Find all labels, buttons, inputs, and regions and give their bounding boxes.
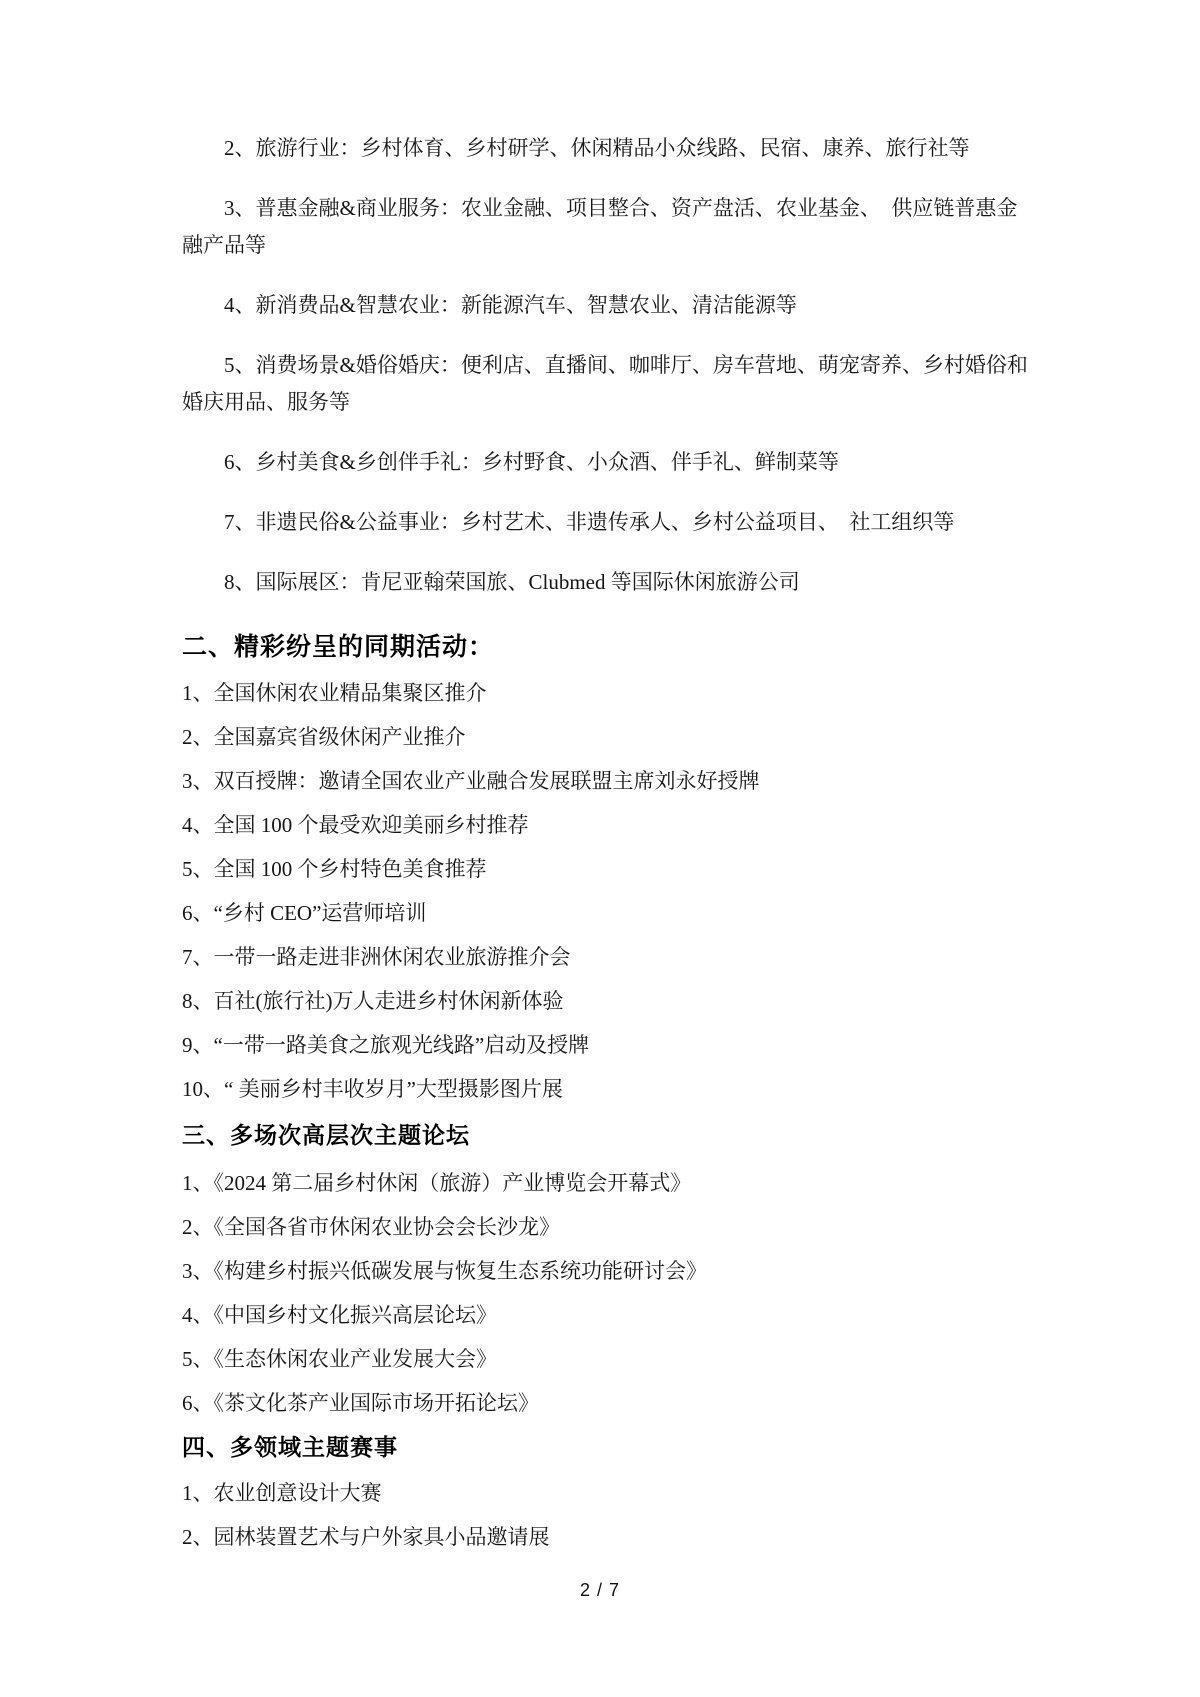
paragraph-line: 3、普惠金融&商业服务：农业金融、项目整合、资产盘活、农业基金、 供应链普惠金 xyxy=(182,190,1085,227)
paragraph: 5、消费场景&婚俗婚庆：便利店、直播间、咖啡厅、房车营地、萌宠寄养、乡村婚俗和 … xyxy=(182,347,1085,421)
list-item: 2、全国嘉宾省级休闲产业推介 xyxy=(182,715,1085,759)
activities-list: 1、全国休闲农业精品集聚区推介 2、全国嘉宾省级休闲产业推介 3、双百授牌：邀请… xyxy=(182,671,1085,1111)
list-item: 3、双百授牌：邀请全国农业产业融合发展联盟主席刘永好授牌 xyxy=(182,759,1085,803)
paragraph: 4、新消费品&智慧农业：新能源汽车、智慧农业、清洁能源等 xyxy=(182,287,1085,324)
document-content: 2、旅游行业：乡村体育、乡村研学、休闲精品小众线路、民宿、康养、旅行社等 3、普… xyxy=(0,0,1200,1559)
contests-list: 1、农业创意设计大赛 2、园林装置艺术与户外家具小品邀请展 xyxy=(182,1471,1085,1559)
list-item: 10、“ 美丽乡村丰收岁月”大型摄影图片展 xyxy=(182,1067,1085,1111)
list-item: 3、《构建乡村振兴低碳发展与恢复生态系统功能研讨会》 xyxy=(182,1249,1085,1293)
list-item: 2、《全国各省市休闲农业协会会长沙龙》 xyxy=(182,1205,1085,1249)
paragraph: 8、国际展区：肯尼亚翰荣国旅、Clubmed 等国际休闲旅游公司 xyxy=(182,564,1085,601)
paragraph-line: 7、非遗民俗&公益事业：乡村艺术、非遗传承人、乡村公益项目、 社工组织等 xyxy=(182,504,1085,541)
list-item: 5、《生态休闲农业产业发展大会》 xyxy=(182,1337,1085,1381)
list-item: 9、“一带一路美食之旅观光线路”启动及授牌 xyxy=(182,1023,1085,1067)
paragraph-line: 5、消费场景&婚俗婚庆：便利店、直播间、咖啡厅、房车营地、萌宠寄养、乡村婚俗和 xyxy=(182,347,1085,384)
paragraph-line: 婚庆用品、服务等 xyxy=(182,384,1085,421)
list-item: 4、《中国乡村文化振兴高层论坛》 xyxy=(182,1293,1085,1337)
section-heading-forums: 三、多场次高层次主题论坛 xyxy=(182,1113,1085,1157)
list-item: 2、园林装置艺术与户外家具小品邀请展 xyxy=(182,1515,1085,1559)
list-item: 6、“乡村 CEO”运营师培训 xyxy=(182,891,1085,935)
list-item: 8、百社(旅行社)万人走进乡村休闲新体验 xyxy=(182,979,1085,1023)
paragraph-line: 融产品等 xyxy=(182,227,1085,264)
list-item: 1、农业创意设计大赛 xyxy=(182,1471,1085,1515)
list-item: 1、全国休闲农业精品集聚区推介 xyxy=(182,671,1085,715)
paragraph: 3、普惠金融&商业服务：农业金融、项目整合、资产盘活、农业基金、 供应链普惠金 … xyxy=(182,190,1085,264)
paragraph: 7、非遗民俗&公益事业：乡村艺术、非遗传承人、乡村公益项目、 社工组织等 xyxy=(182,504,1085,541)
list-item: 1、《2024 第二届乡村休闲（旅游）产业博览会开幕式》 xyxy=(182,1161,1085,1205)
list-item: 4、全国 100 个最受欢迎美丽乡村推荐 xyxy=(182,803,1085,847)
paragraph-line: 2、旅游行业：乡村体育、乡村研学、休闲精品小众线路、民宿、康养、旅行社等 xyxy=(182,130,1085,167)
paragraph-line: 8、国际展区：肯尼亚翰荣国旅、Clubmed 等国际休闲旅游公司 xyxy=(182,564,1085,601)
list-item: 5、全国 100 个乡村特色美食推荐 xyxy=(182,847,1085,891)
paragraph: 6、乡村美食&乡创伴手礼：乡村野食、小众酒、伴手礼、鲜制菜等 xyxy=(182,444,1085,481)
document-page: 2、旅游行业：乡村体育、乡村研学、休闲精品小众线路、民宿、康养、旅行社等 3、普… xyxy=(0,0,1200,1697)
list-item: 6、《茶文化茶产业国际市场开拓论坛》 xyxy=(182,1381,1085,1425)
paragraph-line: 4、新消费品&智慧农业：新能源汽车、智慧农业、清洁能源等 xyxy=(182,287,1085,324)
paragraph-line: 6、乡村美食&乡创伴手礼：乡村野食、小众酒、伴手礼、鲜制菜等 xyxy=(182,444,1085,481)
forums-list: 1、《2024 第二届乡村休闲（旅游）产业博览会开幕式》 2、《全国各省市休闲农… xyxy=(182,1161,1085,1425)
list-item: 7、一带一路走进非洲休闲农业旅游推介会 xyxy=(182,935,1085,979)
paragraph: 2、旅游行业：乡村体育、乡村研学、休闲精品小众线路、民宿、康养、旅行社等 xyxy=(182,130,1085,167)
section-heading-contests: 四、多领域主题赛事 xyxy=(182,1425,1085,1469)
section-heading-activities: 二、精彩纷呈的同期活动： xyxy=(182,627,1085,667)
page-number: 2 / 7 xyxy=(0,1577,1200,1603)
